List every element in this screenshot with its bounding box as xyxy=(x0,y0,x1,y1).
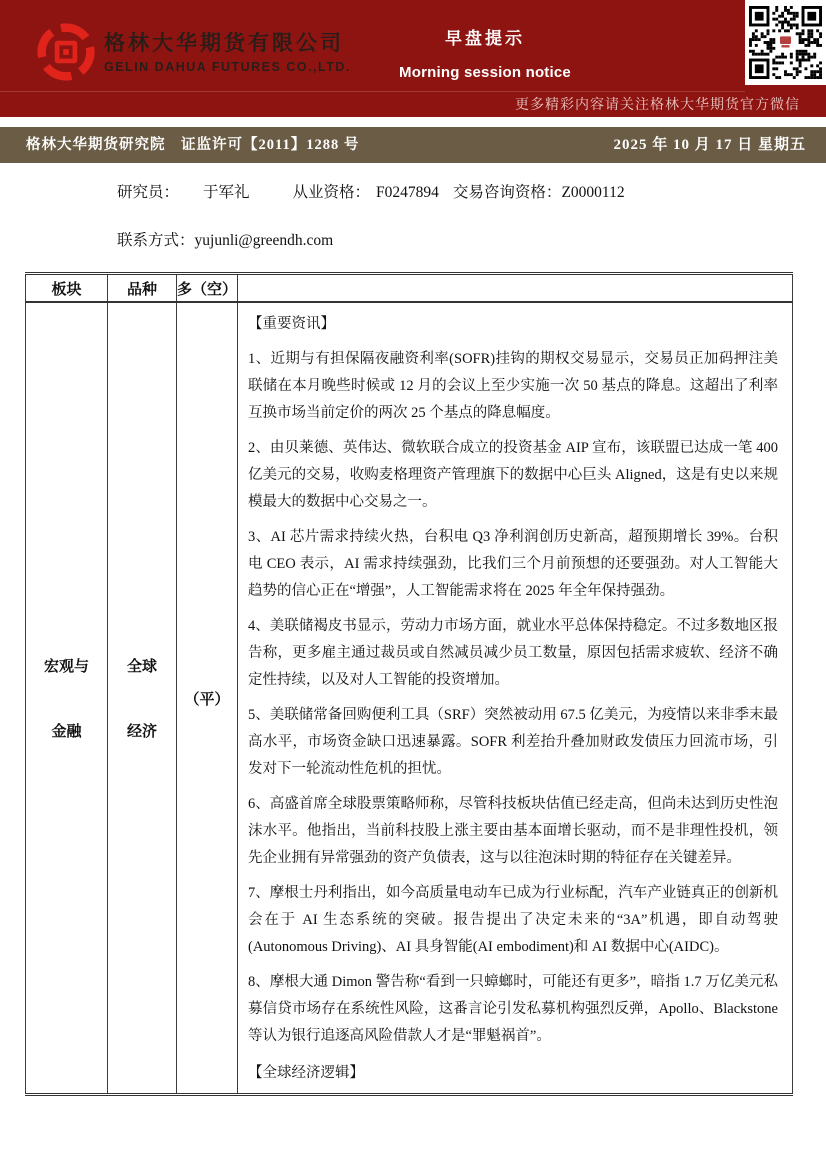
researcher-block: 研究员：于军礼从业资格：F0247894交易咨询资格：Z0000112 联系方式… xyxy=(117,180,757,250)
cell-content: 【重要资讯】 1、近期与有担保隔夜融资利率(SOFR)挂钩的期权交易显示，交易员… xyxy=(238,302,793,1095)
table-header-row: 板块 品种 多（空） xyxy=(26,274,793,303)
notice-title-en: Morning session notice xyxy=(385,64,585,81)
researcher-name: 于军礼 xyxy=(203,180,250,202)
variety-line2: 经济 xyxy=(109,720,175,741)
news-item-6: 6、高盛首席全球股票策略师称，尽管科技板块估值已经走高，但尚未达到历史性泡沫水平… xyxy=(248,791,778,872)
qr-code xyxy=(745,0,826,85)
header-band: 格林大华期货有限公司 GELIN DAHUA FUTURES CO.,LTD. … xyxy=(0,0,826,117)
report-date: 2025 年 10 月 17 日 星期五 xyxy=(613,127,806,163)
header-sector: 板块 xyxy=(26,274,108,303)
news-item-4: 4、美联储褐皮书显示，劳动力市场方面，就业水平总体保持稳定。不过多数地区报告称，… xyxy=(248,613,778,694)
section-title-global-logic: 【全球经济逻辑】 xyxy=(248,1060,778,1087)
qualification-number: F0247894 xyxy=(376,184,439,202)
institute-license-text: 格林大华期货研究院 证监许可【2011】1288 号 xyxy=(26,127,359,163)
advisory-label: 交易咨询资格： xyxy=(453,180,562,202)
table-row: 宏观与 金融 全球 经济 （平） 【重要资讯】 1、近期与有担保隔夜融资利率(S… xyxy=(26,302,793,1095)
news-item-3: 3、AI 芯片需求持续火热，台积电 Q3 净利润创历史新高，超预期增长 39%。… xyxy=(248,524,778,605)
researcher-line: 研究员：于军礼从业资格：F0247894交易咨询资格：Z0000112 xyxy=(117,180,757,202)
header-variety: 品种 xyxy=(108,274,177,303)
sector-line2: 金融 xyxy=(27,720,106,741)
variety-line1: 全球 xyxy=(109,655,175,676)
notice-title-cn: 早盘提示 xyxy=(385,24,585,49)
wechat-note-text: 更多精彩内容请关注格林大华期货官方微信 xyxy=(515,94,800,114)
company-logo-icon xyxy=(36,22,96,82)
header-content xyxy=(238,274,793,303)
sector-line1: 宏观与 xyxy=(27,655,106,676)
contact-email: yujunli@greendh.com xyxy=(195,232,334,249)
news-item-8: 8、摩根大通 Dimon 警告称“看到一只蟑螂时，可能还有更多”，暗指 1.7 … xyxy=(248,969,778,1050)
report-table: 板块 品种 多（空） 宏观与 金融 全球 经济 （平） 【重要资讯】 1、近 xyxy=(25,272,793,1096)
news-item-1: 1、近期与有担保隔夜融资利率(SOFR)挂钩的期权交易显示，交易员正加码押注美联… xyxy=(248,346,778,427)
section-title-important-info: 【重要资讯】 xyxy=(248,311,778,338)
company-name-cn: 格林大华期货有限公司 xyxy=(104,27,351,57)
qualification-label: 从业资格： xyxy=(293,180,371,202)
company-name-block: 格林大华期货有限公司 GELIN DAHUA FUTURES CO.,LTD. xyxy=(104,27,351,74)
contact-label: 联系方式： xyxy=(117,232,195,249)
news-item-2: 2、由贝莱德、英伟达、微软联合成立的投资基金 AIP 宣布，该联盟已达成一笔 4… xyxy=(248,435,778,516)
news-item-7: 7、摩根士丹利指出，如今高质量电动车已成为行业标配，汽车产业链真正的创新机会在于… xyxy=(248,880,778,961)
morning-notice-page: 格林大华期货有限公司 GELIN DAHUA FUTURES CO.,LTD. … xyxy=(0,0,826,1169)
contact-line: 联系方式：yujunli@greendh.com xyxy=(117,228,757,250)
cell-position: （平） xyxy=(177,302,238,1095)
advisory-number: Z0000112 xyxy=(561,184,624,202)
header-position: 多（空） xyxy=(177,274,238,303)
header-divider-line xyxy=(0,91,745,92)
notice-title-block: 早盘提示 Morning session notice xyxy=(385,24,585,81)
researcher-label: 研究员： xyxy=(117,180,179,202)
info-bar: 格林大华期货研究院 证监许可【2011】1288 号 2025 年 10 月 1… xyxy=(0,127,826,163)
news-item-5: 5、美联储常备回购便利工具（SRF）突然被动用 67.5 亿美元，为疫情以来非季… xyxy=(248,702,778,783)
cell-variety: 全球 经济 xyxy=(108,302,177,1095)
cell-sector: 宏观与 金融 xyxy=(26,302,108,1095)
company-name-en: GELIN DAHUA FUTURES CO.,LTD. xyxy=(104,60,351,74)
